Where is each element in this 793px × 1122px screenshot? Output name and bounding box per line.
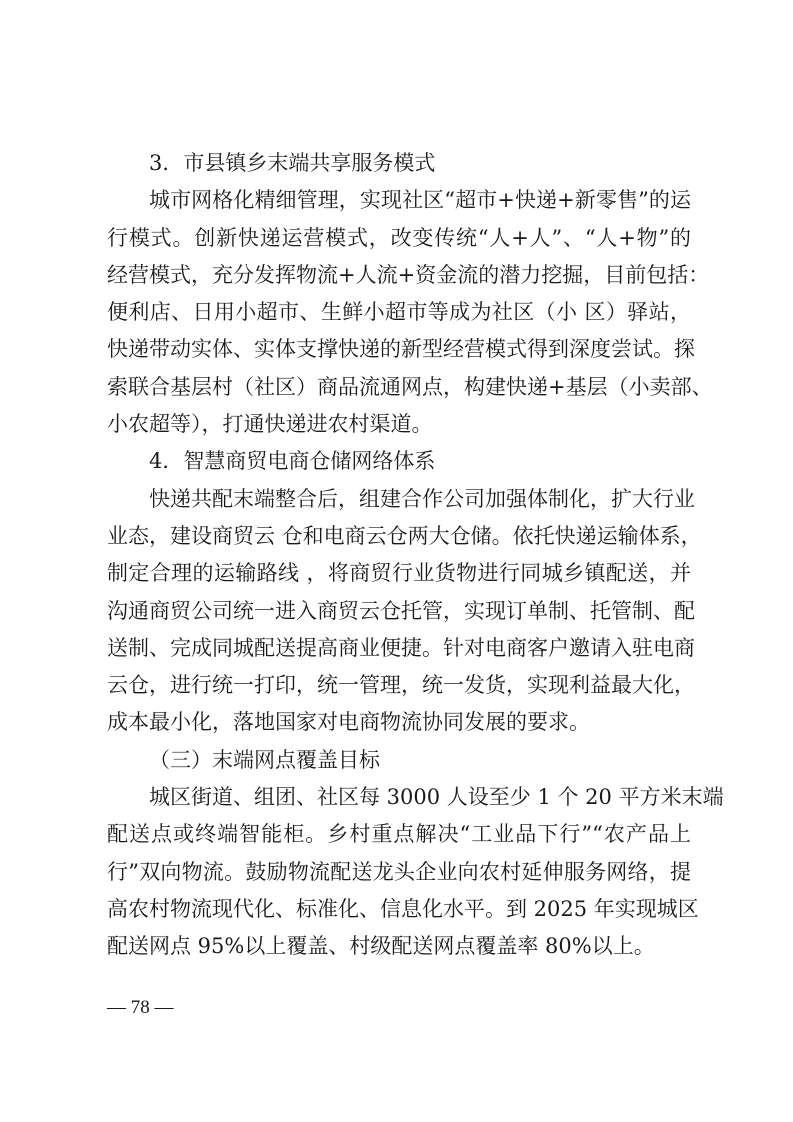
paragraph-line: 城区街道、组团、社区每 3000 人设至少 1 个 20 平方米末端 xyxy=(107,779,691,816)
paragraph-line: 业态，建设商贸云 仓和电商云仓两大仓储。依托快递运输体系， xyxy=(107,518,691,555)
paragraph-line: 快递带动实体、实体支撑快递的新型经营模式得到深度尝试。探 xyxy=(107,331,691,368)
paragraph-line: 高农村物流现代化、标准化、信息化水平。到 2025 年实现城区 xyxy=(107,891,691,928)
paragraph-line: 配送点或终端智能柜。乡村重点解决“工业品下行”“农产品上 xyxy=(107,816,691,853)
page-number: — 78 — xyxy=(107,997,174,1019)
paragraph-line: 沟通商贸公司统一进入商贸云仓托管，实现订单制、托管制、配 xyxy=(107,593,691,630)
section-heading-3: 3．市县镇乡末端共享服务模式 xyxy=(107,145,691,182)
paragraph-line: 快递共配末端整合后，组建合作公司加强体制化，扩大行业 xyxy=(107,481,691,518)
paragraph-line: 索联合基层村（社区）商品流通网点，构建快递+基层（小卖部、 xyxy=(107,369,691,406)
paragraph-line: 配送网点 95%以上覆盖、村级配送网点覆盖率 80%以上。 xyxy=(107,928,691,965)
paragraph-line: 小农超等），打通快递进农村渠道。 xyxy=(107,406,691,443)
paragraph-line: 制定合理的运输路线 ，将商贸行业货物进行同城乡镇配送，并 xyxy=(107,555,691,592)
paragraph-line: 经营模式，充分发挥物流+人流+资金流的潜力挖掘，目前包括： xyxy=(107,257,691,294)
paragraph-line: 云仓，进行统一打印，统一管理，统一发货，实现利益最大化， xyxy=(107,667,691,704)
paragraph-line: 便利店、日用小超市、生鲜小超市等成为社区（小 区）驿站， xyxy=(107,294,691,331)
section-heading-3-coverage: （三）末端网点覆盖目标 xyxy=(107,742,691,779)
paragraph-line: 行”双向物流。鼓励物流配送龙头企业向农村延伸服务网络，提 xyxy=(107,854,691,891)
paragraph-line: 行模式。创新快递运营模式，改变传统“人+人”、“人+物”的 xyxy=(107,220,691,257)
paragraph-line: 送制、完成同城配送提高商业便捷。针对电商客户邀请入驻电商 xyxy=(107,630,691,667)
paragraph-line: 成本最小化，落地国家对电商物流协同发展的要求。 xyxy=(107,704,691,741)
paragraph-line: 城市网格化精细管理，实现社区“超市+快递+新零售”的运 xyxy=(107,182,691,219)
document-page: 3．市县镇乡末端共享服务模式 城市网格化精细管理，实现社区“超市+快递+新零售”… xyxy=(107,145,691,966)
section-heading-4: 4．智慧商贸电商仓储网络体系 xyxy=(107,443,691,480)
